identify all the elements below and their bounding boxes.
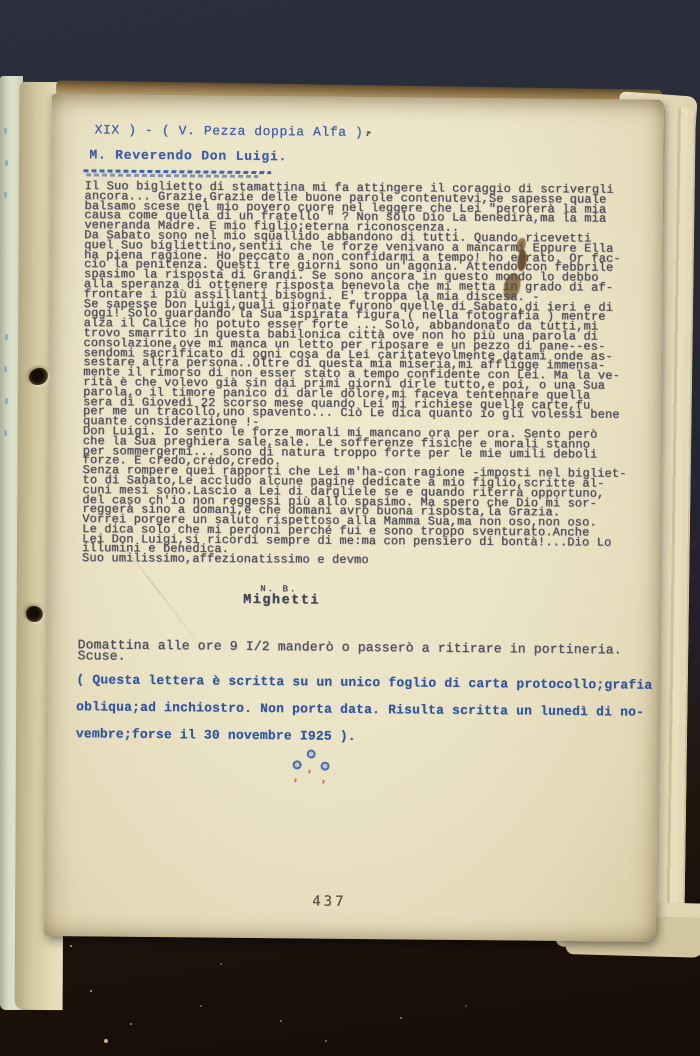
salutation: M. Reverendo Don Luigi. xyxy=(89,147,287,164)
page-edge-mark xyxy=(4,430,7,436)
photographed-book-scene: XIX ) - ( V. Pezza doppia Alfa ). M. Rev… xyxy=(0,0,700,1056)
page-edge-mark xyxy=(4,366,7,372)
letter-page: XIX ) - ( V. Pezza doppia Alfa ). M. Rev… xyxy=(44,94,664,942)
three-circles-ornament-icon xyxy=(291,749,335,783)
salutation-underline xyxy=(86,173,258,178)
page-number: 437 xyxy=(312,894,346,910)
page-edge-mark xyxy=(4,128,7,134)
signature-name: Mighetti xyxy=(243,593,320,609)
archival-note: ( Questa lettera è scritta su un unico f… xyxy=(76,666,659,753)
dust-specks xyxy=(70,945,72,947)
section-header: XIX ) - ( V. Pezza doppia Alfa ). xyxy=(95,122,372,140)
page-edge-mark xyxy=(5,160,8,166)
punch-hole-bottom xyxy=(26,606,43,622)
letter-body: Il Suo biglietto di stamattina mi fa att… xyxy=(82,182,661,568)
postscript: Domattina alle ore 9 I/2 manderò o passe… xyxy=(78,639,654,667)
page-edge-mark xyxy=(4,192,7,198)
page-edge-mark xyxy=(5,398,8,404)
page-edge-mark xyxy=(5,334,8,340)
